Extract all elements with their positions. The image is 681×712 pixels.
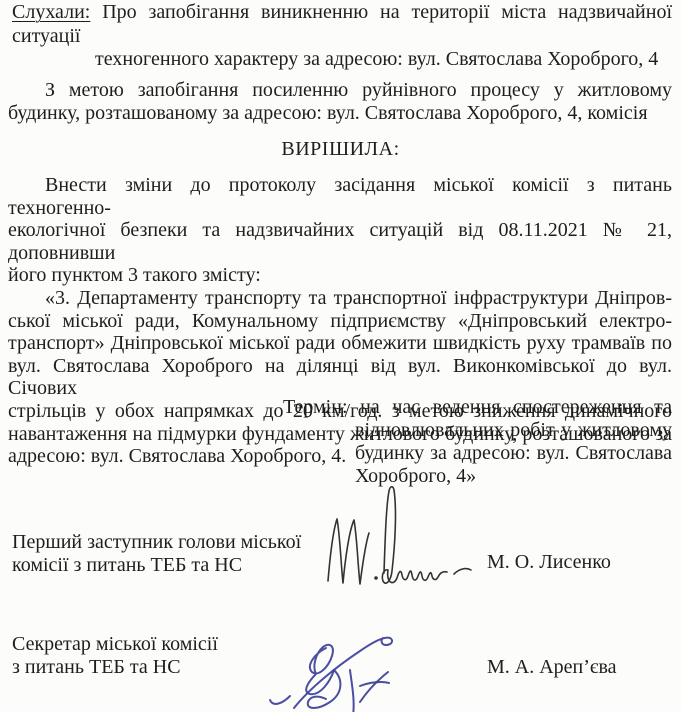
signatory-1-role: Перший заступник голови міської комісії … bbox=[12, 531, 312, 576]
arepieva-signature-icon bbox=[264, 630, 404, 712]
term-line-1-text: на час ведення спостереження та bbox=[360, 396, 672, 418]
heard-line-1-text: Про запобігання виникненню на території … bbox=[12, 1, 672, 47]
term-label: Термін: bbox=[283, 396, 348, 418]
term-line: відновлювальних робіт у житловому bbox=[355, 419, 672, 442]
decision-heading: ВИРІШИЛА: bbox=[0, 138, 681, 161]
body-line: вул. Святослава Хороброго на ділянці від… bbox=[8, 355, 672, 400]
term-paragraph: Термін: на час ведення спостереження та … bbox=[283, 396, 672, 488]
body-line: Внести зміни до протоколу засідання місь… bbox=[8, 174, 672, 219]
intro-line-2: будинку, розташованому за адресою: вул. … bbox=[8, 102, 672, 125]
document-page: Слухали: Про запобігання виникненню на т… bbox=[0, 0, 681, 712]
term-line: будинку за адресою: вул. Святослава bbox=[355, 442, 672, 465]
intro-paragraph: З метою запобігання посиленню руйнівного… bbox=[8, 79, 672, 125]
body-line: екологічної безпеки та надзвичайних ситу… bbox=[8, 219, 672, 264]
term-line-1: Термін: на час ведення спостереження та bbox=[283, 396, 672, 419]
body-line: «3. Департаменту транспорту та транспорт… bbox=[8, 287, 672, 310]
body-line: ської міської ради, Комунальному підприє… bbox=[8, 310, 672, 333]
signatory-1-name: М. О. Лисенко bbox=[487, 551, 667, 574]
heard-label: Слухали: bbox=[12, 1, 90, 23]
signatory-2-name: М. А. Ареп’єва bbox=[487, 656, 667, 679]
heard-line-2: техногенного характеру за адресою: вул. … bbox=[95, 48, 672, 72]
signatory-1-role-line-2: комісії з питань ТЕБ та НС bbox=[12, 554, 312, 577]
heard-paragraph: Слухали: Про запобігання виникненню на т… bbox=[12, 1, 672, 72]
signatory-1-role-line-1: Перший заступник голови міської bbox=[12, 531, 312, 554]
body-line: його пунктом 3 такого змісту: bbox=[8, 264, 672, 287]
lysenko-signature-icon bbox=[322, 483, 482, 611]
body-line: транспорт» Дніпровської міської ради обм… bbox=[8, 332, 672, 355]
amendment-paragraph: Внести зміни до протоколу засідання місь… bbox=[8, 174, 672, 287]
intro-line-1: З метою запобігання посиленню руйнівного… bbox=[8, 79, 672, 102]
heard-line-1: Слухали: Про запобігання виникненню на т… bbox=[12, 1, 672, 48]
